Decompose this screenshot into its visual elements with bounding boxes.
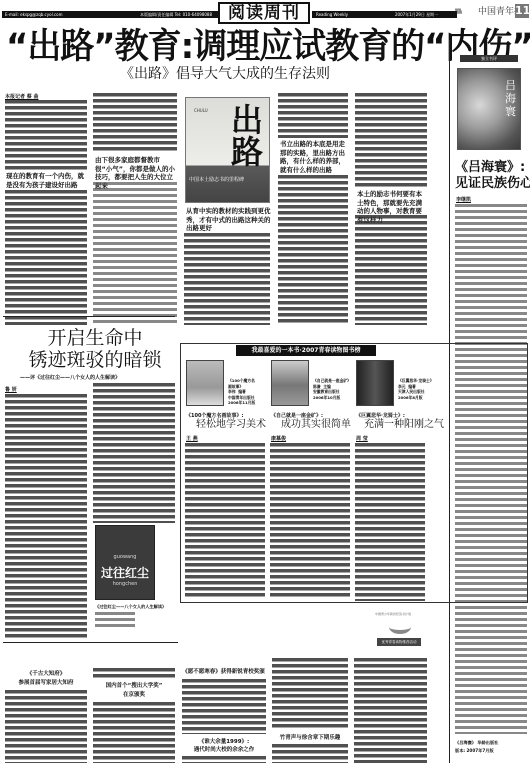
news-5-body <box>182 756 266 763</box>
divider-lead <box>3 316 175 317</box>
second-book-pubinfo <box>95 612 135 628</box>
book-review-3 <box>355 443 425 601</box>
news-col6-body <box>354 658 427 763</box>
sidebar-footer-2: 版本: 2007年7月版 <box>455 748 527 755</box>
book-cover-chulu: CHULU 出路 中国本土励志书的里程碑 <box>185 97 270 203</box>
book-info-2: 《自己就是一座金矿》 陈谦 主编 安徽教育出版社 2006年10月版 <box>313 378 351 400</box>
hatch-decoration-icon: \\\\\\ <box>455 8 461 15</box>
reading-plan-logo: 中国青少年新世纪读书计划 优秀青春读物推荐活动 <box>375 612 423 652</box>
issue-date: 2007年1月29日 星期一 <box>395 11 438 18</box>
news-3-headline: 竹青声与徐含章下期乐趣 <box>272 734 348 742</box>
lead-body-col5b <box>355 215 427 325</box>
masthead-editor: 本版编辑/责任编辑 Tel: 010-64098088 <box>140 11 212 18</box>
news-5-subhead: 遇代时尚大校的余余之作 <box>182 746 266 754</box>
sidebar-header: 独立书评 <box>460 55 518 62</box>
second-title-2: 锈迹斑驳的暗锁 <box>18 350 172 371</box>
book-slogan-2: 成功其实很简单 <box>281 419 351 431</box>
sidebar-byline: 李继凯 <box>456 196 471 203</box>
news-1-subhead: 参展首届写家居大知府 <box>5 679 87 687</box>
book-info-3: 《巨翼悲华·龙骑士》 李元 编著 天津人民出版社 2006年8月版 <box>398 378 434 400</box>
news-4-body <box>182 679 266 734</box>
book-reviewer-1: 王 燕 <box>186 435 198 442</box>
book-cover-hong: guowang 过往红尘 hongchen <box>95 525 155 600</box>
lead-body-col4b <box>278 175 348 325</box>
book-info-1: 《100个魔方名 画故事》 李伟 编著 中国青年出版社 2006年11月版 <box>228 378 255 406</box>
sidebar-title-1: 《吕海寰》: <box>455 160 525 176</box>
lead-subheadline: 《出路》倡导大气大成的生存法则 <box>120 66 330 82</box>
news-3-body-a <box>272 658 348 728</box>
news-2-body <box>93 702 175 763</box>
second-book-caption: 《过往红尘——八个女人的人生解读》 <box>95 604 177 611</box>
book-slogan-1: 轻松地学习美术 <box>196 419 266 431</box>
lead-subhead-1: 现在的教育有一个内伤，就是没有为孩子建设好出路 <box>6 172 88 189</box>
cover-title: 过往红尘 <box>96 564 154 581</box>
book-cover-1 <box>186 360 224 406</box>
lead-subhead-4: 书立出路的本底是用走那的实路，里出路方出路，有什么样的养部，就有什么样的出路 <box>280 140 350 174</box>
second-body-col2 <box>93 383 175 523</box>
logo-arc-text: 中国青少年新世纪读书计划 <box>375 612 411 616</box>
book-reviewer-3: 周 莹 <box>356 435 368 442</box>
masthead-email: E-mail: ekspg@zqb.cyol.com <box>5 11 63 18</box>
lead-body-col1a <box>5 100 87 170</box>
book-list-banner: 我最喜爱的一本书·2007青春读物图书榜 <box>236 345 376 356</box>
cover-author: CHULU <box>194 108 208 113</box>
book-reviewer-2: 康慕俊 <box>271 435 286 442</box>
book-caption-3: 《巨翼悲华·龙骑士》: <box>356 412 405 419</box>
lead-body-col2a <box>93 93 177 153</box>
cover-pinyin-top: guowang <box>96 554 154 560</box>
swoosh-icon <box>389 620 411 634</box>
cover-title: 出路 <box>229 104 265 168</box>
page-number: 11 <box>515 4 529 18</box>
news-3-body-b <box>272 744 348 763</box>
book-review-2 <box>270 443 350 598</box>
sidebar-footer-1: 《吕海寰》 华龄出版社 <box>455 740 527 747</box>
section-title: 阅读周刊 <box>218 2 310 24</box>
lead-body-col3 <box>184 233 270 325</box>
news-2-body-top <box>93 668 175 680</box>
sidebar-title-2: 见证民族伤心史 <box>455 176 530 192</box>
book-cover-2 <box>271 360 309 406</box>
cover-title: 吕海寰 <box>505 79 517 118</box>
book-cover-lv: 吕海寰 <box>457 68 521 150</box>
second-byline: 鲁 妍 <box>5 386 17 393</box>
lead-subhead-2: 从育中实的教材的实践到更优秀，才有中式的出路这种关的出路更好 <box>186 207 271 233</box>
lead-body-col2b <box>93 182 177 324</box>
section-en: Reading Weekly <box>316 11 348 18</box>
book-caption-1: 《100个魔方名画故事》: <box>186 412 243 419</box>
lead-body-col1b <box>5 190 87 325</box>
lead-byline: 本报记者 蔡 曲 <box>5 93 38 100</box>
cover-tagline: 中国本土励志书的里程碑 <box>189 176 244 183</box>
lead-body-col4a <box>278 93 348 138</box>
lead-body-col5a <box>355 93 427 188</box>
news-5-headline: 《谁大余量1999》: <box>182 738 266 746</box>
news-2-subhead: 在京颁奖 <box>93 691 175 699</box>
book-slogan-3: 充满一种阳刚之气 <box>364 419 444 431</box>
book-caption-2: 《自己就是一座金矿》: <box>271 412 323 419</box>
news-4-headline: 《愿不愿寒春》获得新锐青校奖颁 <box>181 668 266 676</box>
second-title-1: 开启生命中 <box>25 328 165 349</box>
second-subtitle: ——评《过往红尘——八个女人的人生解读》 <box>20 374 120 381</box>
lead-headline: “出路”教育:调理应试教育的“内伤” <box>6 28 530 66</box>
news-2-headline: 国内首个“搜出大学奖” <box>93 682 175 690</box>
logo-banner: 优秀青春读物推荐活动 <box>377 638 421 646</box>
news-1-body <box>5 690 87 763</box>
second-body-col1 <box>5 394 87 639</box>
cover-pinyin-bottom: hongchen <box>96 581 154 587</box>
divider-bottom <box>3 642 178 643</box>
book-review-1 <box>185 443 265 598</box>
news-1-headline: 《千古大知府》 <box>5 670 87 678</box>
book-cover-3 <box>356 360 394 406</box>
